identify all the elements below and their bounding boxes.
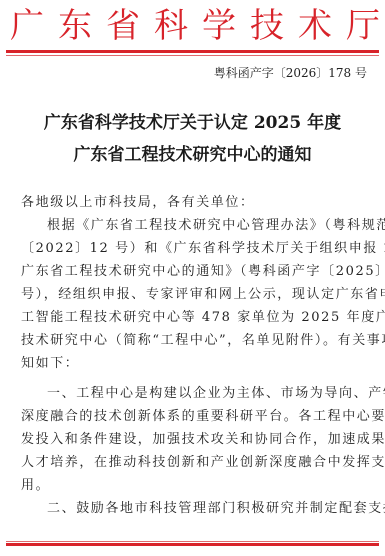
header-red-rule-thick bbox=[6, 50, 379, 53]
body-line: 技术研究中心（简称“工程中心”，名单见附件）。有关事项通 bbox=[21, 329, 366, 352]
footer-red-rule-thin bbox=[6, 541, 379, 542]
header-red-rule-thin bbox=[6, 55, 379, 56]
document-title-line-1: 广东省科学技术厅关于认定 2025 年度 bbox=[0, 108, 385, 133]
body-line: 号），经组织申报、专家评审和网上公示，现认定广东省电力人 bbox=[21, 283, 366, 306]
body-line: 二、鼓励各地市科技管理部门积极研究并制定配套支持政 bbox=[21, 497, 366, 520]
body-line: 发投入和条件建设，加强技术攻关和协同合作，加速成果转化和 bbox=[21, 428, 366, 451]
document-number: 粤科函产字〔2026〕178 号 bbox=[214, 64, 367, 81]
body-line: 用。 bbox=[21, 474, 366, 497]
body-line: 广东省工程技术研究中心的通知》（粤科函产字〔2025〕1523 bbox=[21, 260, 366, 283]
body-line: 〔2022〕12 号）和《广东省科学技术厅关于组织申报 2025 年度 bbox=[21, 237, 366, 260]
body-line: 根据《广东省工程技术研究中心管理办法》（粤科规范字 bbox=[21, 214, 366, 237]
body-line: 人才培养，在推动科技创新和产业创新深度融合中发挥支撑作 bbox=[21, 451, 366, 474]
issuing-organization-title: 广东省科学技术厅 bbox=[0, 6, 385, 46]
body-line: 一、工程中心是构建以企业为主体、市场为导向、产学研用 bbox=[21, 382, 366, 405]
salutation: 各地级以上市科技局，各有关单位： bbox=[21, 191, 366, 214]
body-line: 工智能工程技术研究中心等 478 家单位为 2025 年度广东省工程 bbox=[21, 306, 366, 329]
body-line: 知如下： bbox=[21, 352, 366, 375]
footer-red-rule-thick bbox=[6, 543, 379, 546]
body-line: 深度融合的技术创新体系的重要科研平台。各工程中心要加大研 bbox=[21, 405, 366, 428]
document-title-line-2: 广东省工程技术研究中心的通知 bbox=[0, 140, 385, 165]
